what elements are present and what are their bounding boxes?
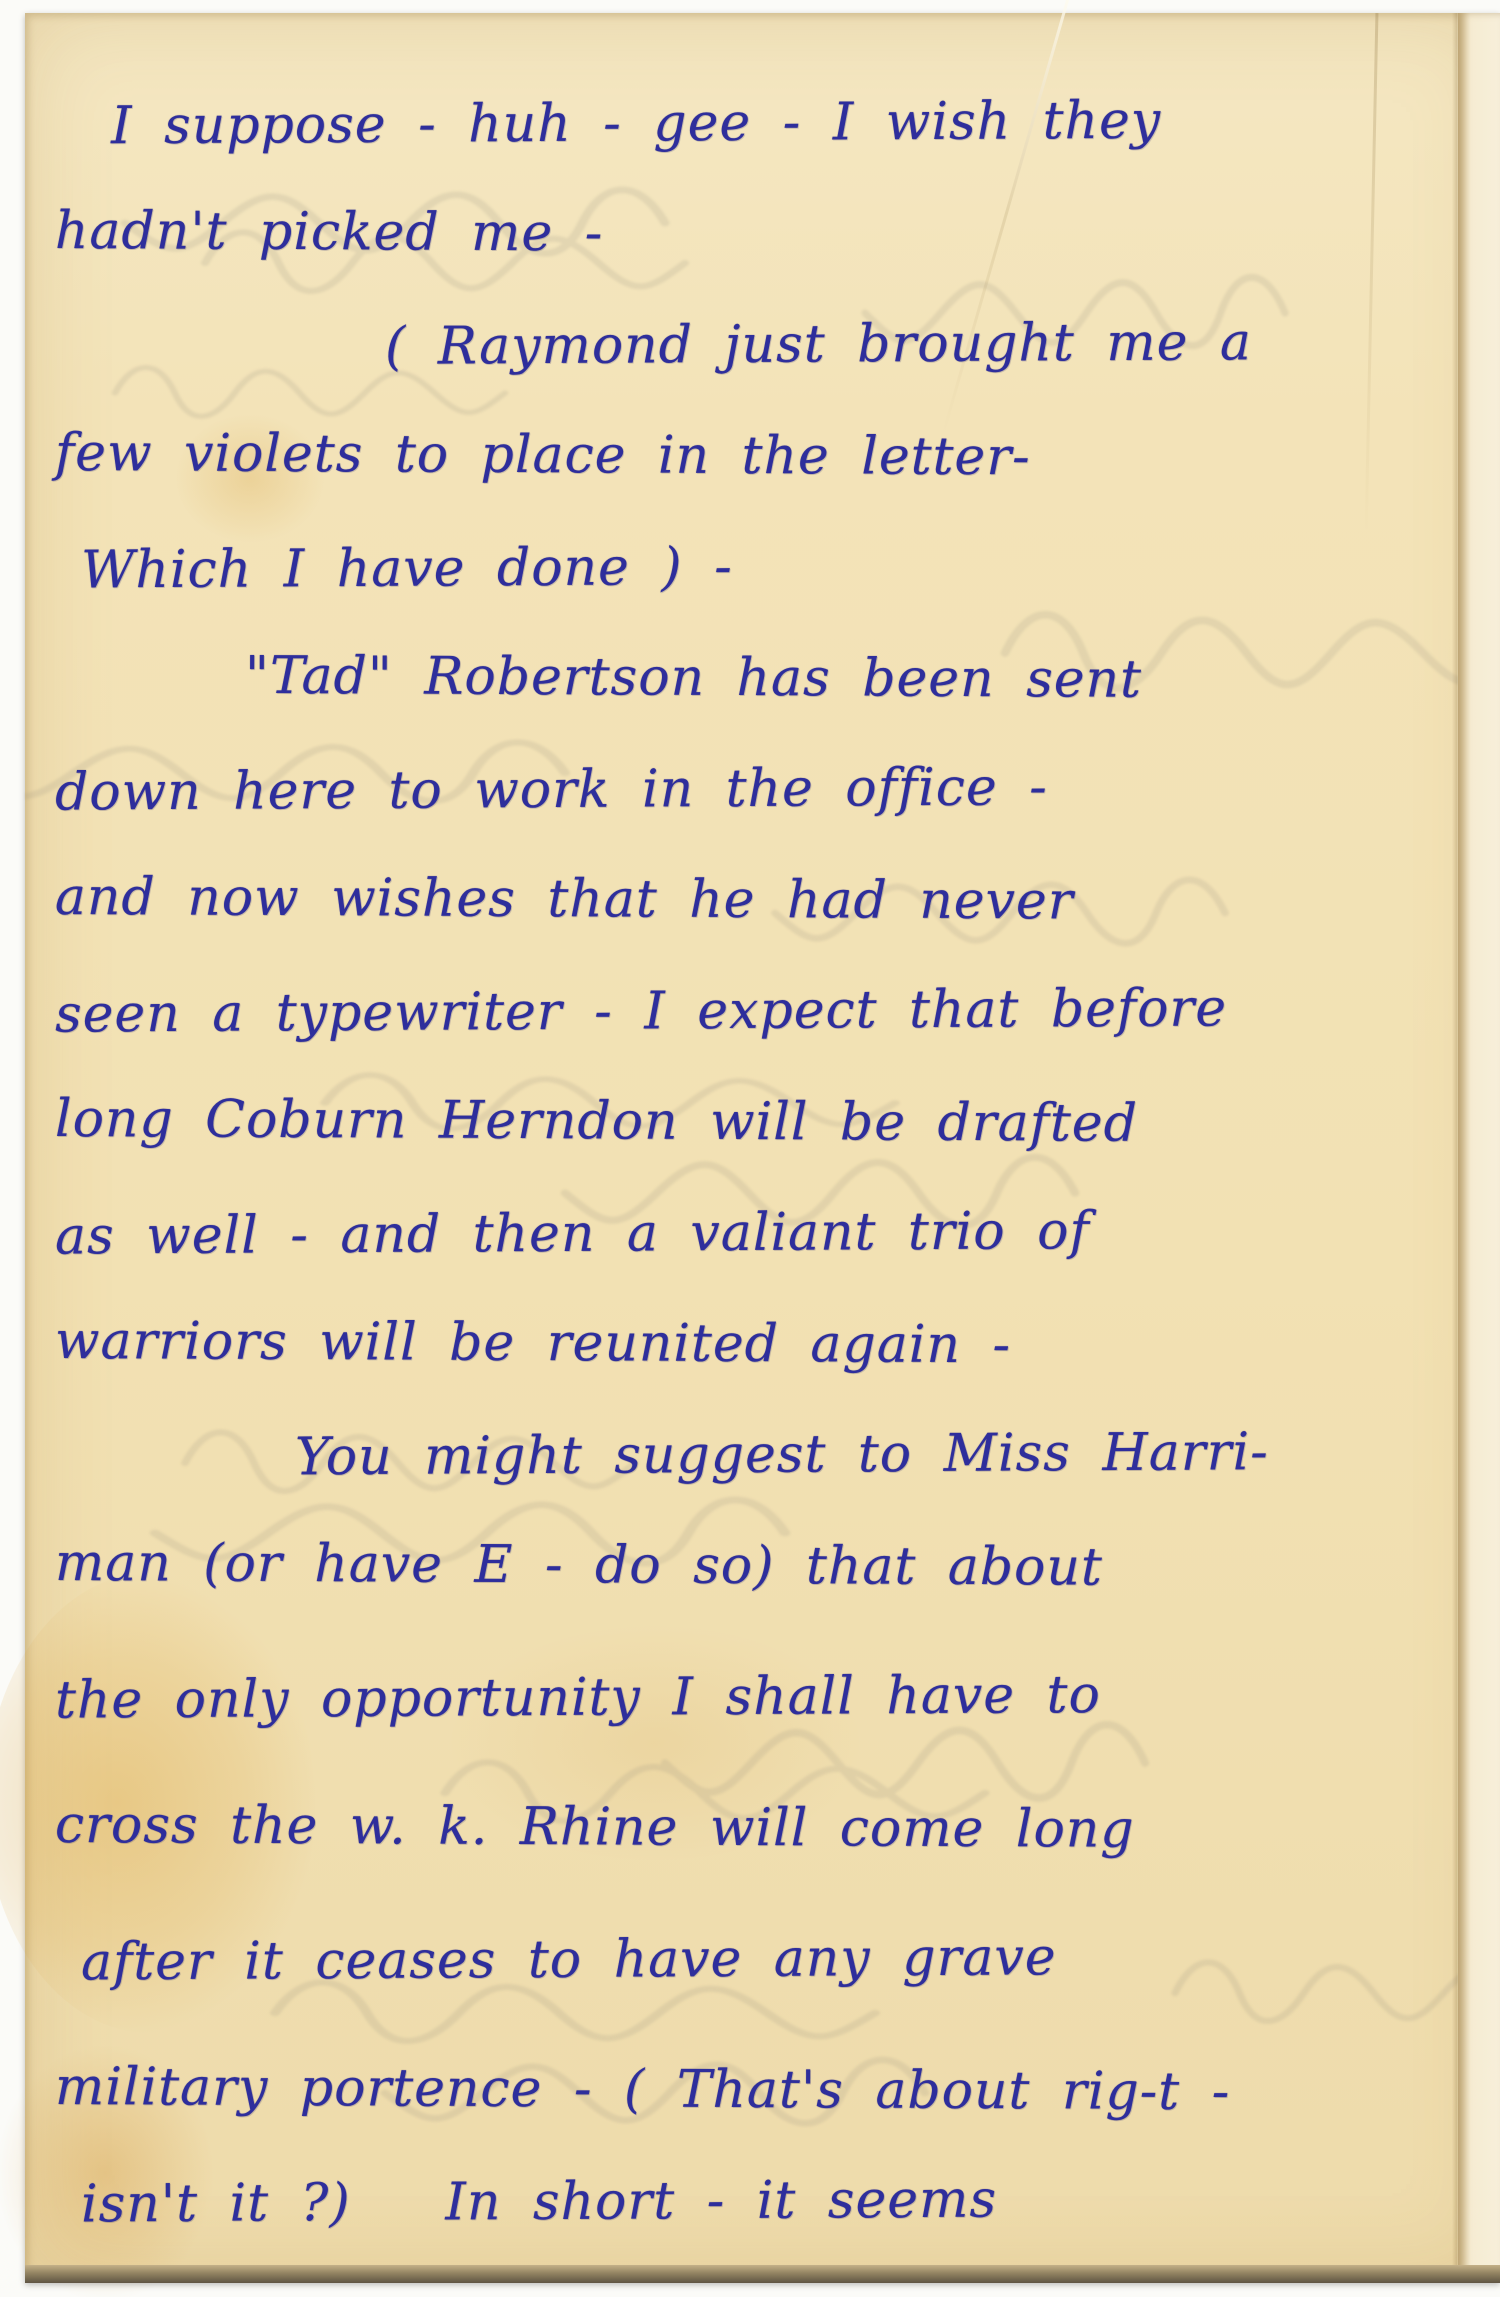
handwritten-line: few violets to place in the letter-: [55, 398, 1425, 515]
letter-page: I suppose - huh - gee - I wish they hadn…: [25, 13, 1500, 2283]
handwritten-line: after it ceases to have any grave: [55, 1900, 1426, 2018]
handwritten-line: as well - and then a valiant trio of: [55, 1174, 1426, 1292]
handwritten-line: man (or have E - do so) that about: [55, 1508, 1425, 1625]
handwritten-line: ( Raymond just brought me a: [55, 286, 1426, 404]
handwritten-line: warriors will be reunited again -: [55, 1286, 1425, 1403]
handwritten-line: You might suggest to Miss Harri-: [55, 1396, 1426, 1514]
handwritten-line: hadn't picked me -: [55, 176, 1425, 293]
handwritten-line: military portence - ( That's about rig-t…: [55, 2032, 1425, 2149]
handwritten-line: Which I have done ) -: [55, 508, 1426, 626]
handwritten-line: the only opportunity I shall have to: [55, 1638, 1426, 1756]
handwritten-line: isn't it ?) In short - it seems: [55, 2142, 1426, 2260]
handwritten-line: I suppose - huh - gee - I wish they: [55, 64, 1426, 182]
folded-page-edge: [1458, 13, 1500, 2283]
handwritten-line: long Coburn Herndon will be drafted: [55, 1064, 1425, 1181]
scanned-letter-screenshot: { "scan": { "background_color": "#fbfbf8…: [0, 0, 1500, 2297]
handwritten-line: "Tad" Robertson has been sent: [55, 620, 1425, 737]
handwritten-line: cross the w. k. Rhine will come long: [55, 1770, 1425, 1887]
handwritten-line: and now wishes that he had never: [55, 842, 1425, 959]
handwritten-line: seen a typewriter - I expect that before: [55, 952, 1426, 1070]
handwritten-line: down here to work in the office -: [55, 730, 1426, 848]
handwriting: I suppose - huh - gee - I wish they hadn…: [25, 13, 1425, 2283]
paper-bottom-edge: [25, 2265, 1500, 2283]
